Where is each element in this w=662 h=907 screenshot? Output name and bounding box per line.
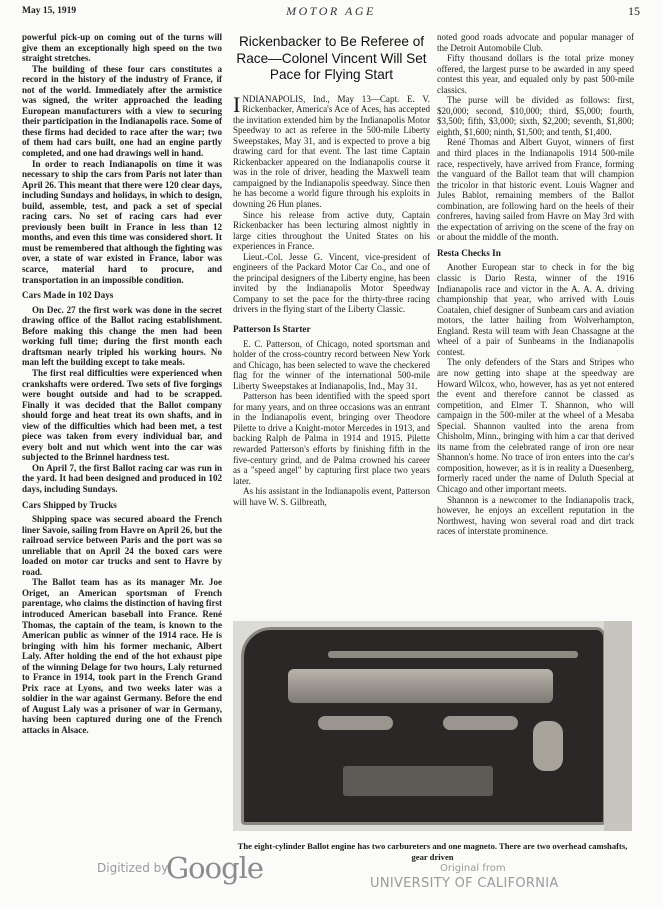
article-headline: Rickenbacker to Be Referee of Race—Colon… [233,34,430,84]
column-left: powerful pick-up on coming out of the tu… [22,32,222,736]
paragraph: The first real difficulties were experie… [22,368,222,463]
paragraph: Shannon is a newcomer to the Indianapoli… [437,495,634,537]
publication-title: MOTOR AGE [0,4,662,19]
paragraph: E. C. Patterson, of Chicago, noted sport… [233,339,430,392]
paragraph: Since his release from active duty, Capt… [233,210,430,252]
paragraph: Fifty thousand dollars is the total priz… [437,53,634,95]
subheading-cars-shipped: Cars Shipped by Trucks [22,500,222,511]
paragraph: As his assistant in the Indianapolis eve… [233,486,430,507]
gear-housing [533,721,563,771]
paragraph: René Thomas and Albert Guyot, winners of… [437,137,634,242]
engine-photo [233,621,632,831]
lead-text: NDIANAPOLIS, Ind., May 13—Capt. E. V. Ri… [233,94,430,209]
institution-label: UNIVERSITY OF CALIFORNIA [370,876,559,891]
paragraph: Shipping space was secured aboard the Fr… [22,514,222,577]
paragraph: noted good roads advocate and popular ma… [437,32,634,53]
page-header: May 15, 1919 MOTOR AGE 15 [0,0,662,24]
paragraph: The only defenders of the Stars and Stri… [437,357,634,494]
page-number: 15 [628,4,640,19]
paragraph: The building of these four cars constitu… [22,64,222,159]
car-body-panel [604,621,632,831]
original-from-label: Original from [440,863,506,874]
digitized-by-label: Digitized by [97,861,168,875]
carburetor-manifold [318,716,393,730]
google-logo: Google [166,851,263,885]
carburetor-manifold [443,716,518,730]
cylinder-block [288,669,553,703]
lead-paragraph: INDIANAPOLIS, Ind., May 13—Capt. E. V. R… [233,94,430,210]
paragraph: The purse will be divided as follows: fi… [437,95,634,137]
paragraph: Patterson has been identified with the s… [233,391,430,486]
subheading-resta: Resta Checks In [437,248,634,259]
subheading-cars-made: Cars Made in 102 Days [22,290,222,301]
subheading-patterson: Patterson Is Starter [233,324,430,335]
drop-cap: I [233,96,240,114]
column-middle: Rickenbacker to Be Referee of Race—Colon… [233,32,430,507]
paragraph: powerful pick-up on coming out of the tu… [22,32,222,64]
column-right: noted good roads advocate and popular ma… [437,32,634,537]
paragraph: On Dec. 27 the first work was done in th… [22,305,222,368]
photo-caption: The eight-cylinder Ballot engine has two… [233,841,632,862]
paragraph: Another European star to check in for th… [437,262,634,357]
exhaust-pipe [328,651,578,658]
paragraph: In order to reach Indianapolis on time i… [22,159,222,286]
paragraph: On April 7, the first Ballot racing car … [22,463,222,495]
paragraph: Lieut.-Col. Jesse G. Vincent, vice-presi… [233,252,430,315]
paragraph: The Ballot team has as its manager Mr. J… [22,577,222,735]
crankcase [343,766,493,796]
